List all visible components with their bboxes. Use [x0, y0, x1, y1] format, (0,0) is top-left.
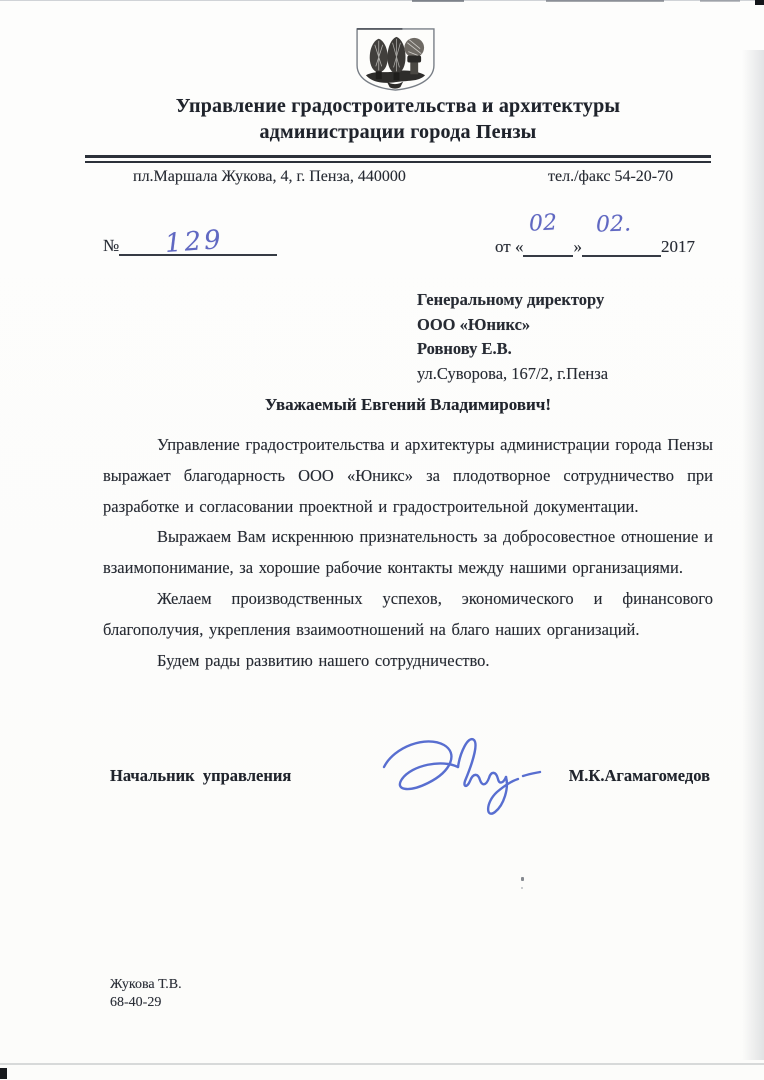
- letterhead-divider: [85, 155, 711, 163]
- date-preposition: от «: [495, 237, 523, 256]
- scan-speck: [521, 887, 523, 889]
- scan-right-shadow: [742, 50, 764, 1060]
- recipient-address: ул.Суворова, 167/2, г.Пенза: [417, 362, 608, 387]
- scan-artifact: [412, 0, 464, 2]
- handwritten-month: 02.: [596, 211, 632, 237]
- handwritten-day: 02: [529, 210, 558, 236]
- coat-of-arms-icon: [353, 26, 438, 93]
- org-name-line2: администрации города Пензы: [85, 119, 711, 145]
- body-paragraph: Желаем производственных успехов, экономи…: [103, 584, 713, 646]
- body-paragraph: Будем рады развитию нашего сотрудничеств…: [103, 646, 713, 677]
- recipient-block: Генеральному директору ООО «Юникс» Ровно…: [417, 288, 608, 386]
- letter-date-group: от «02»02.2017: [495, 237, 695, 257]
- executor-name: Жукова Т.В.: [110, 976, 182, 994]
- scan-edge-bottom: [0, 1063, 764, 1065]
- handwritten-letter-number: 129: [164, 225, 225, 259]
- date-year: 2017: [661, 237, 695, 256]
- scan-artifact: [546, 0, 664, 2]
- body-paragraph: Управление градостроительства и архитект…: [103, 430, 713, 522]
- signatory-position: Начальник управления: [110, 766, 291, 786]
- org-address: пл.Маршала Жукова, 4, г. Пенза, 440000: [133, 168, 406, 186]
- scan-speck: [521, 877, 524, 881]
- letter-number-group: №129: [103, 236, 277, 256]
- recipient-position: Генеральному директору: [417, 288, 608, 313]
- date-month-blank: 02.: [582, 237, 661, 257]
- executor-block: Жукова Т.В. 68-40-29: [110, 976, 182, 1012]
- executor-phone: 68-40-29: [110, 994, 182, 1012]
- org-phone: тел./факс 54-20-70: [548, 168, 673, 186]
- signature-icon: [356, 731, 556, 831]
- salutation: Уважаемый Евгений Владимирович!: [103, 395, 713, 415]
- scan-corner-mark: [755, 0, 764, 5]
- date-close-quote: »: [573, 237, 582, 256]
- letter-body: Управление градостроительства и архитект…: [103, 430, 713, 676]
- body-paragraph: Выражаем Вам искреннюю признательность з…: [103, 522, 713, 584]
- number-label: №: [103, 236, 119, 255]
- scanned-letter-page: Управление градостроительства и архитект…: [0, 0, 764, 1080]
- date-day-blank: 02: [523, 237, 573, 257]
- number-blank-line: 129: [119, 236, 277, 256]
- scan-corner-mark: [0, 1068, 7, 1079]
- signatory-name: М.К.Агамагомедов: [569, 766, 710, 786]
- org-name-line1: Управление градостроительства и архитект…: [85, 93, 711, 119]
- recipient-company: ООО «Юникс»: [417, 313, 608, 338]
- recipient-name: Ровнову Е.В.: [417, 337, 608, 362]
- scan-artifact: [700, 0, 740, 2]
